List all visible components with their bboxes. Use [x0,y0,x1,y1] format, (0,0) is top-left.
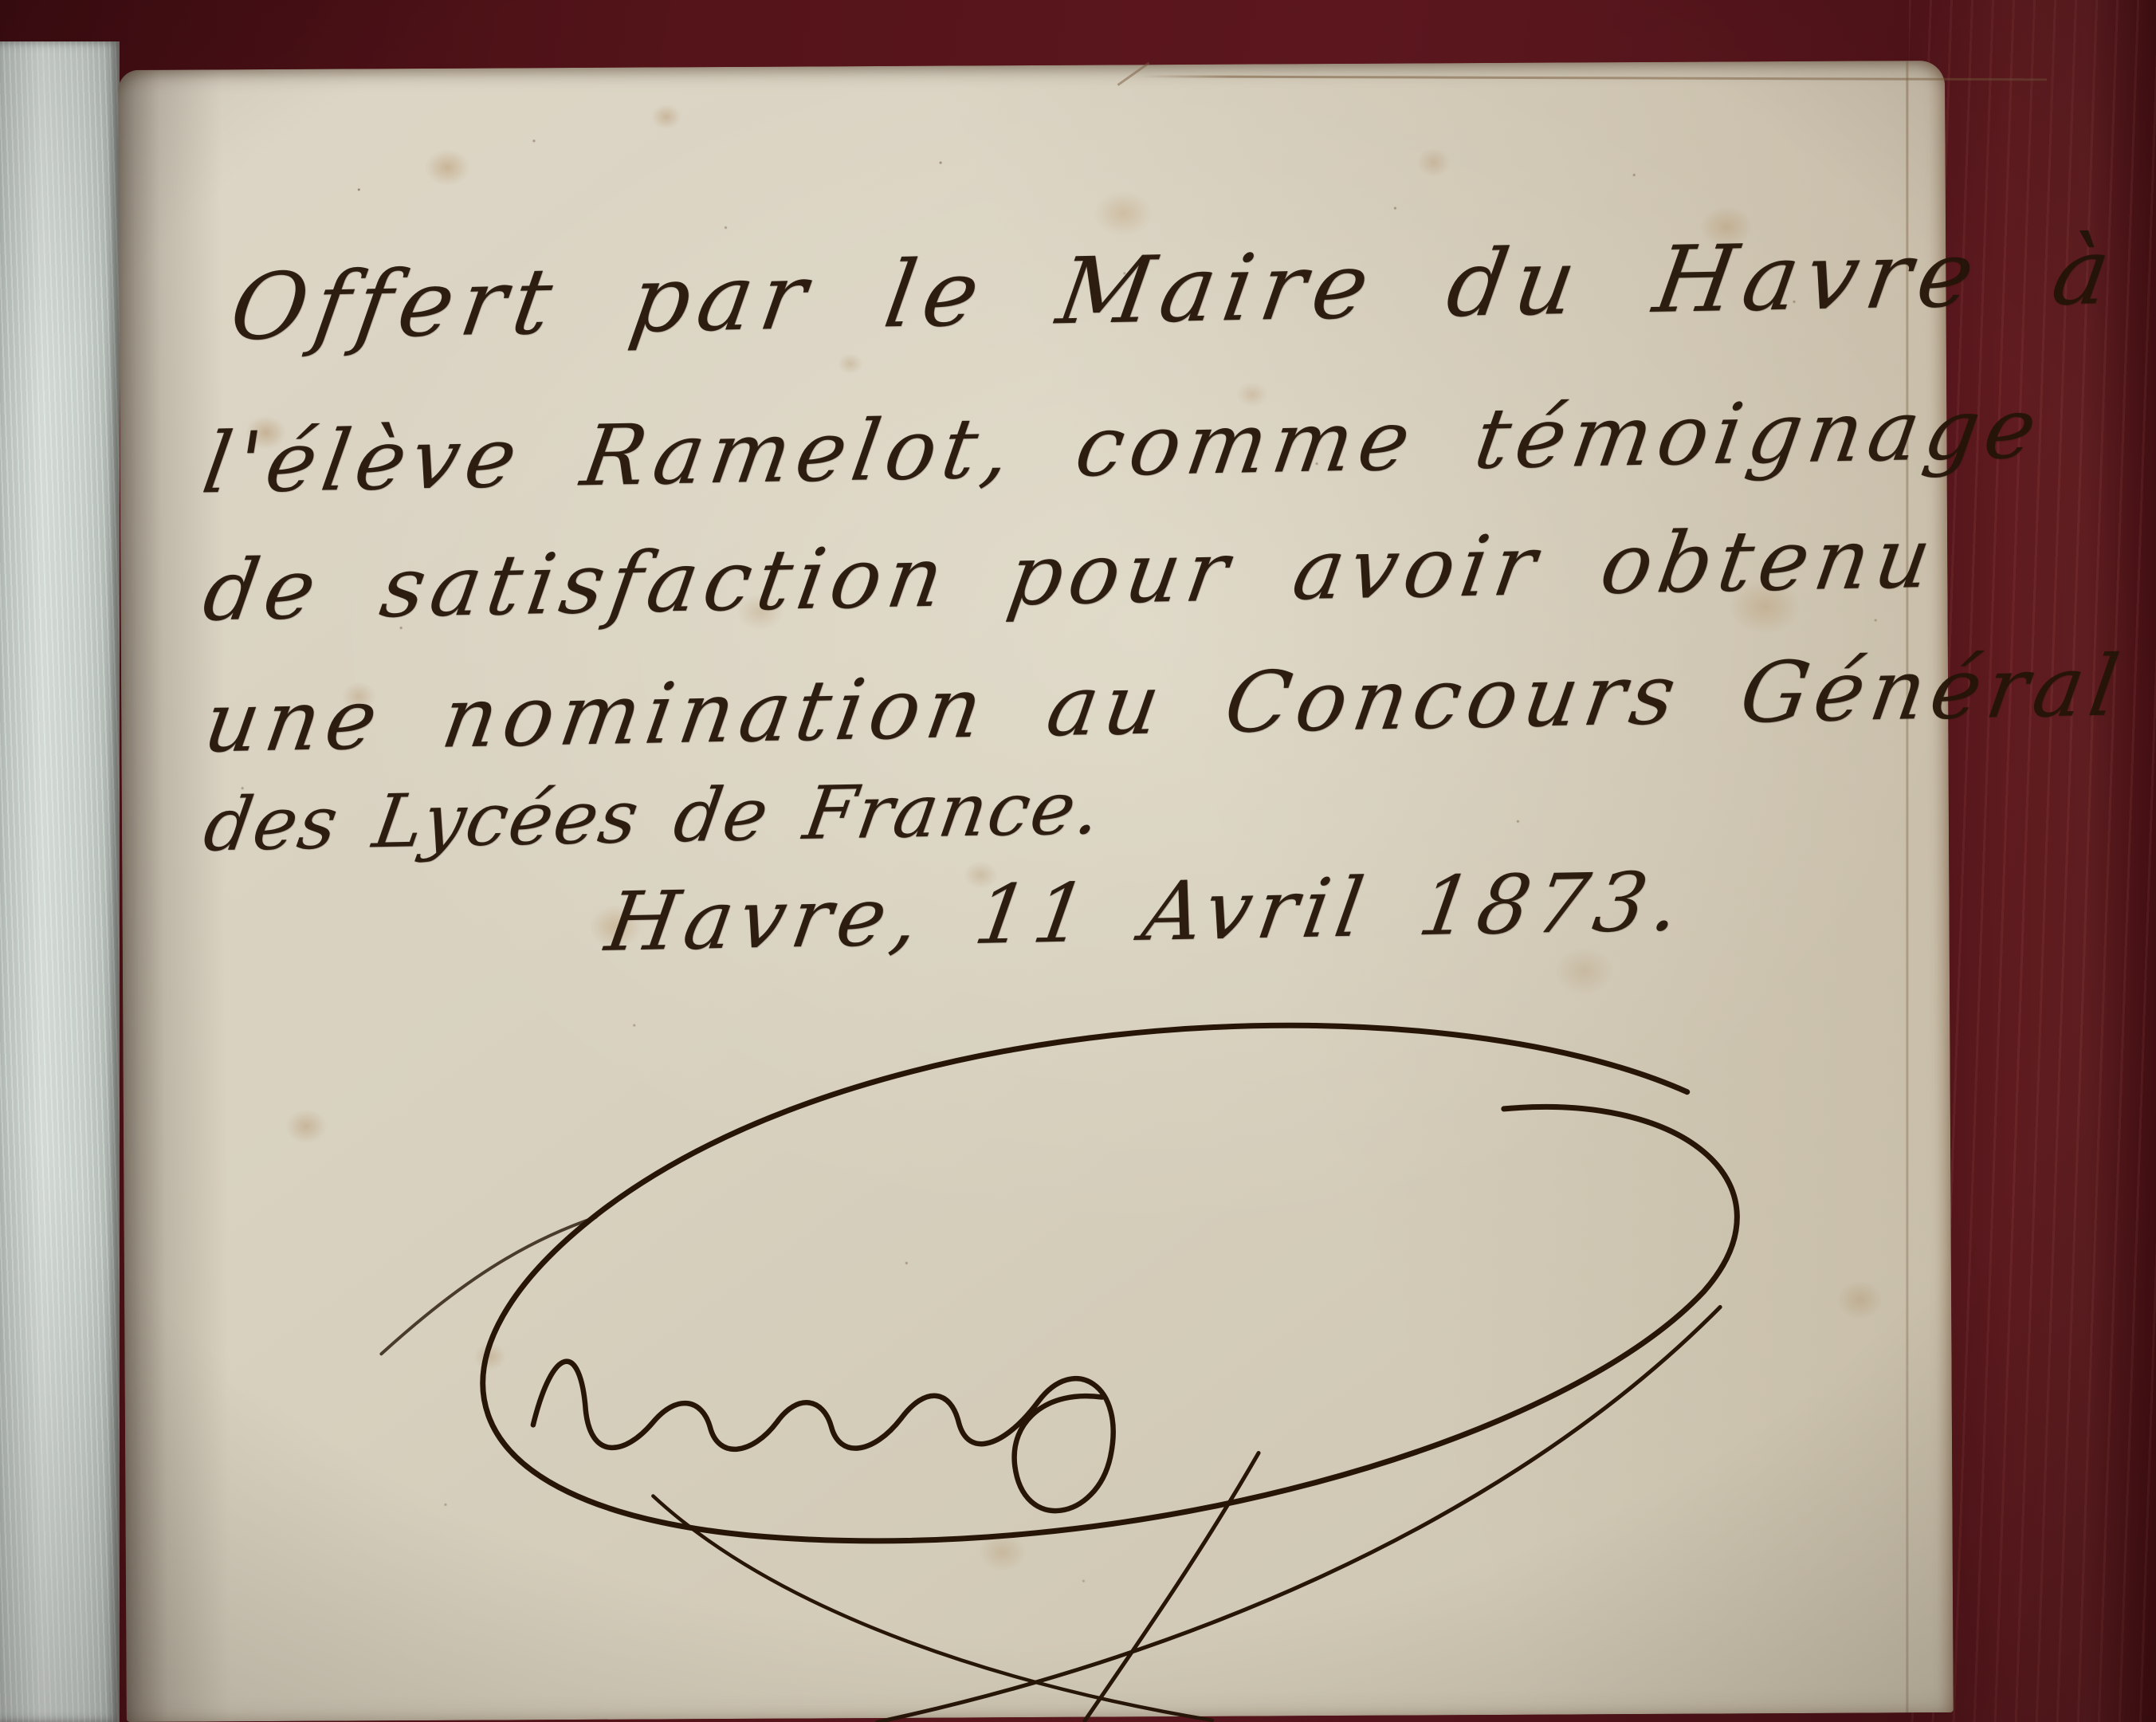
ink-specks [358,188,360,191]
inscription-line-5: des Lycées de France. [199,772,1107,863]
book-photo: Offert par le Maire du Havre à l'élève R… [0,0,2156,1722]
flyleaf-page: Offert par le Maire du Havre à l'élève R… [118,61,1954,1722]
inscription-dateline: Havre, 11 Avril 1873. [601,862,1691,964]
signature-flourish [363,971,1882,1720]
facing-endpaper-edge [0,41,120,1722]
